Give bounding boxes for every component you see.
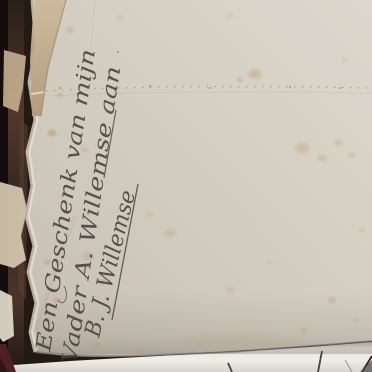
torn-page-stub xyxy=(0,290,14,342)
book-flyleaf-photo: Een Geschenk van mijn Vader A. Willemse … xyxy=(0,0,372,372)
photo-canvas: Een Geschenk van mijn Vader A. Willemse … xyxy=(0,0,372,372)
torn-page-stub xyxy=(0,182,27,268)
